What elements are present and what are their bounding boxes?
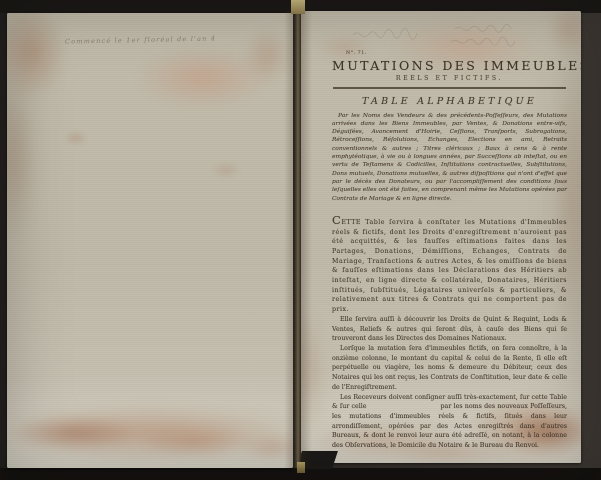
paragraph-2: Elle ſervira auſſi à découvrir les Droit…	[332, 315, 567, 344]
paragraph-4-after-gap: par les noms des nouveaux Poſſeſſeurs, l…	[332, 403, 567, 449]
stain-blotch	[135, 47, 270, 109]
horizontal-rule	[333, 87, 566, 89]
intro-paragraph: Par les Noms des Vendeurs & des précéden…	[332, 112, 567, 203]
left-page: Commencé le 1er floréal de l'an 4	[7, 13, 293, 468]
spine-top	[291, 0, 305, 14]
handwriting-scribble	[449, 23, 534, 49]
printed-content: N°. 71. MUTATIONS DES IMMEUBLES REELS ET…	[301, 51, 581, 451]
folio-number: N°. 71.	[346, 51, 567, 56]
paragraph-1: CETTE Table ſervira à conſtater les Muta…	[332, 216, 567, 315]
document-title: MUTATIONS DES IMMEUBLES	[332, 58, 567, 73]
stain-blotch	[7, 73, 39, 243]
document-subtitle: REELS ET FICTIFS.	[332, 75, 567, 82]
stain-bottom-band	[13, 415, 138, 451]
paragraph-3: Lorſque la mutation ſera d'immeubles fic…	[332, 344, 567, 393]
right-page: N°. 71. MUTATIONS DES IMMEUBLES REELS ET…	[301, 11, 581, 463]
stain-blotch	[7, 13, 67, 100]
section-title: TABLE ALPHABETIQUE	[332, 96, 567, 107]
paragraph-1-text: ETTE Table ſervira à conſtater les Mutat…	[332, 219, 567, 313]
stain-bottom-band	[239, 433, 293, 461]
paragraph-1-dropcap: C	[332, 213, 341, 227]
paragraph-4: Les Receveurs doivent conſigner auſſi tr…	[332, 393, 567, 451]
stain-spot	[212, 161, 240, 179]
spine-bottom	[297, 462, 305, 473]
stain-bottom-band	[7, 405, 293, 460]
handwriting-scribble	[351, 28, 421, 40]
stain-bottom-band	[139, 425, 254, 457]
stain-blotch	[243, 27, 291, 85]
stain-spot	[65, 131, 87, 145]
left-page-handwriting: Commencé le 1er floréal de l'an 4	[65, 34, 216, 45]
